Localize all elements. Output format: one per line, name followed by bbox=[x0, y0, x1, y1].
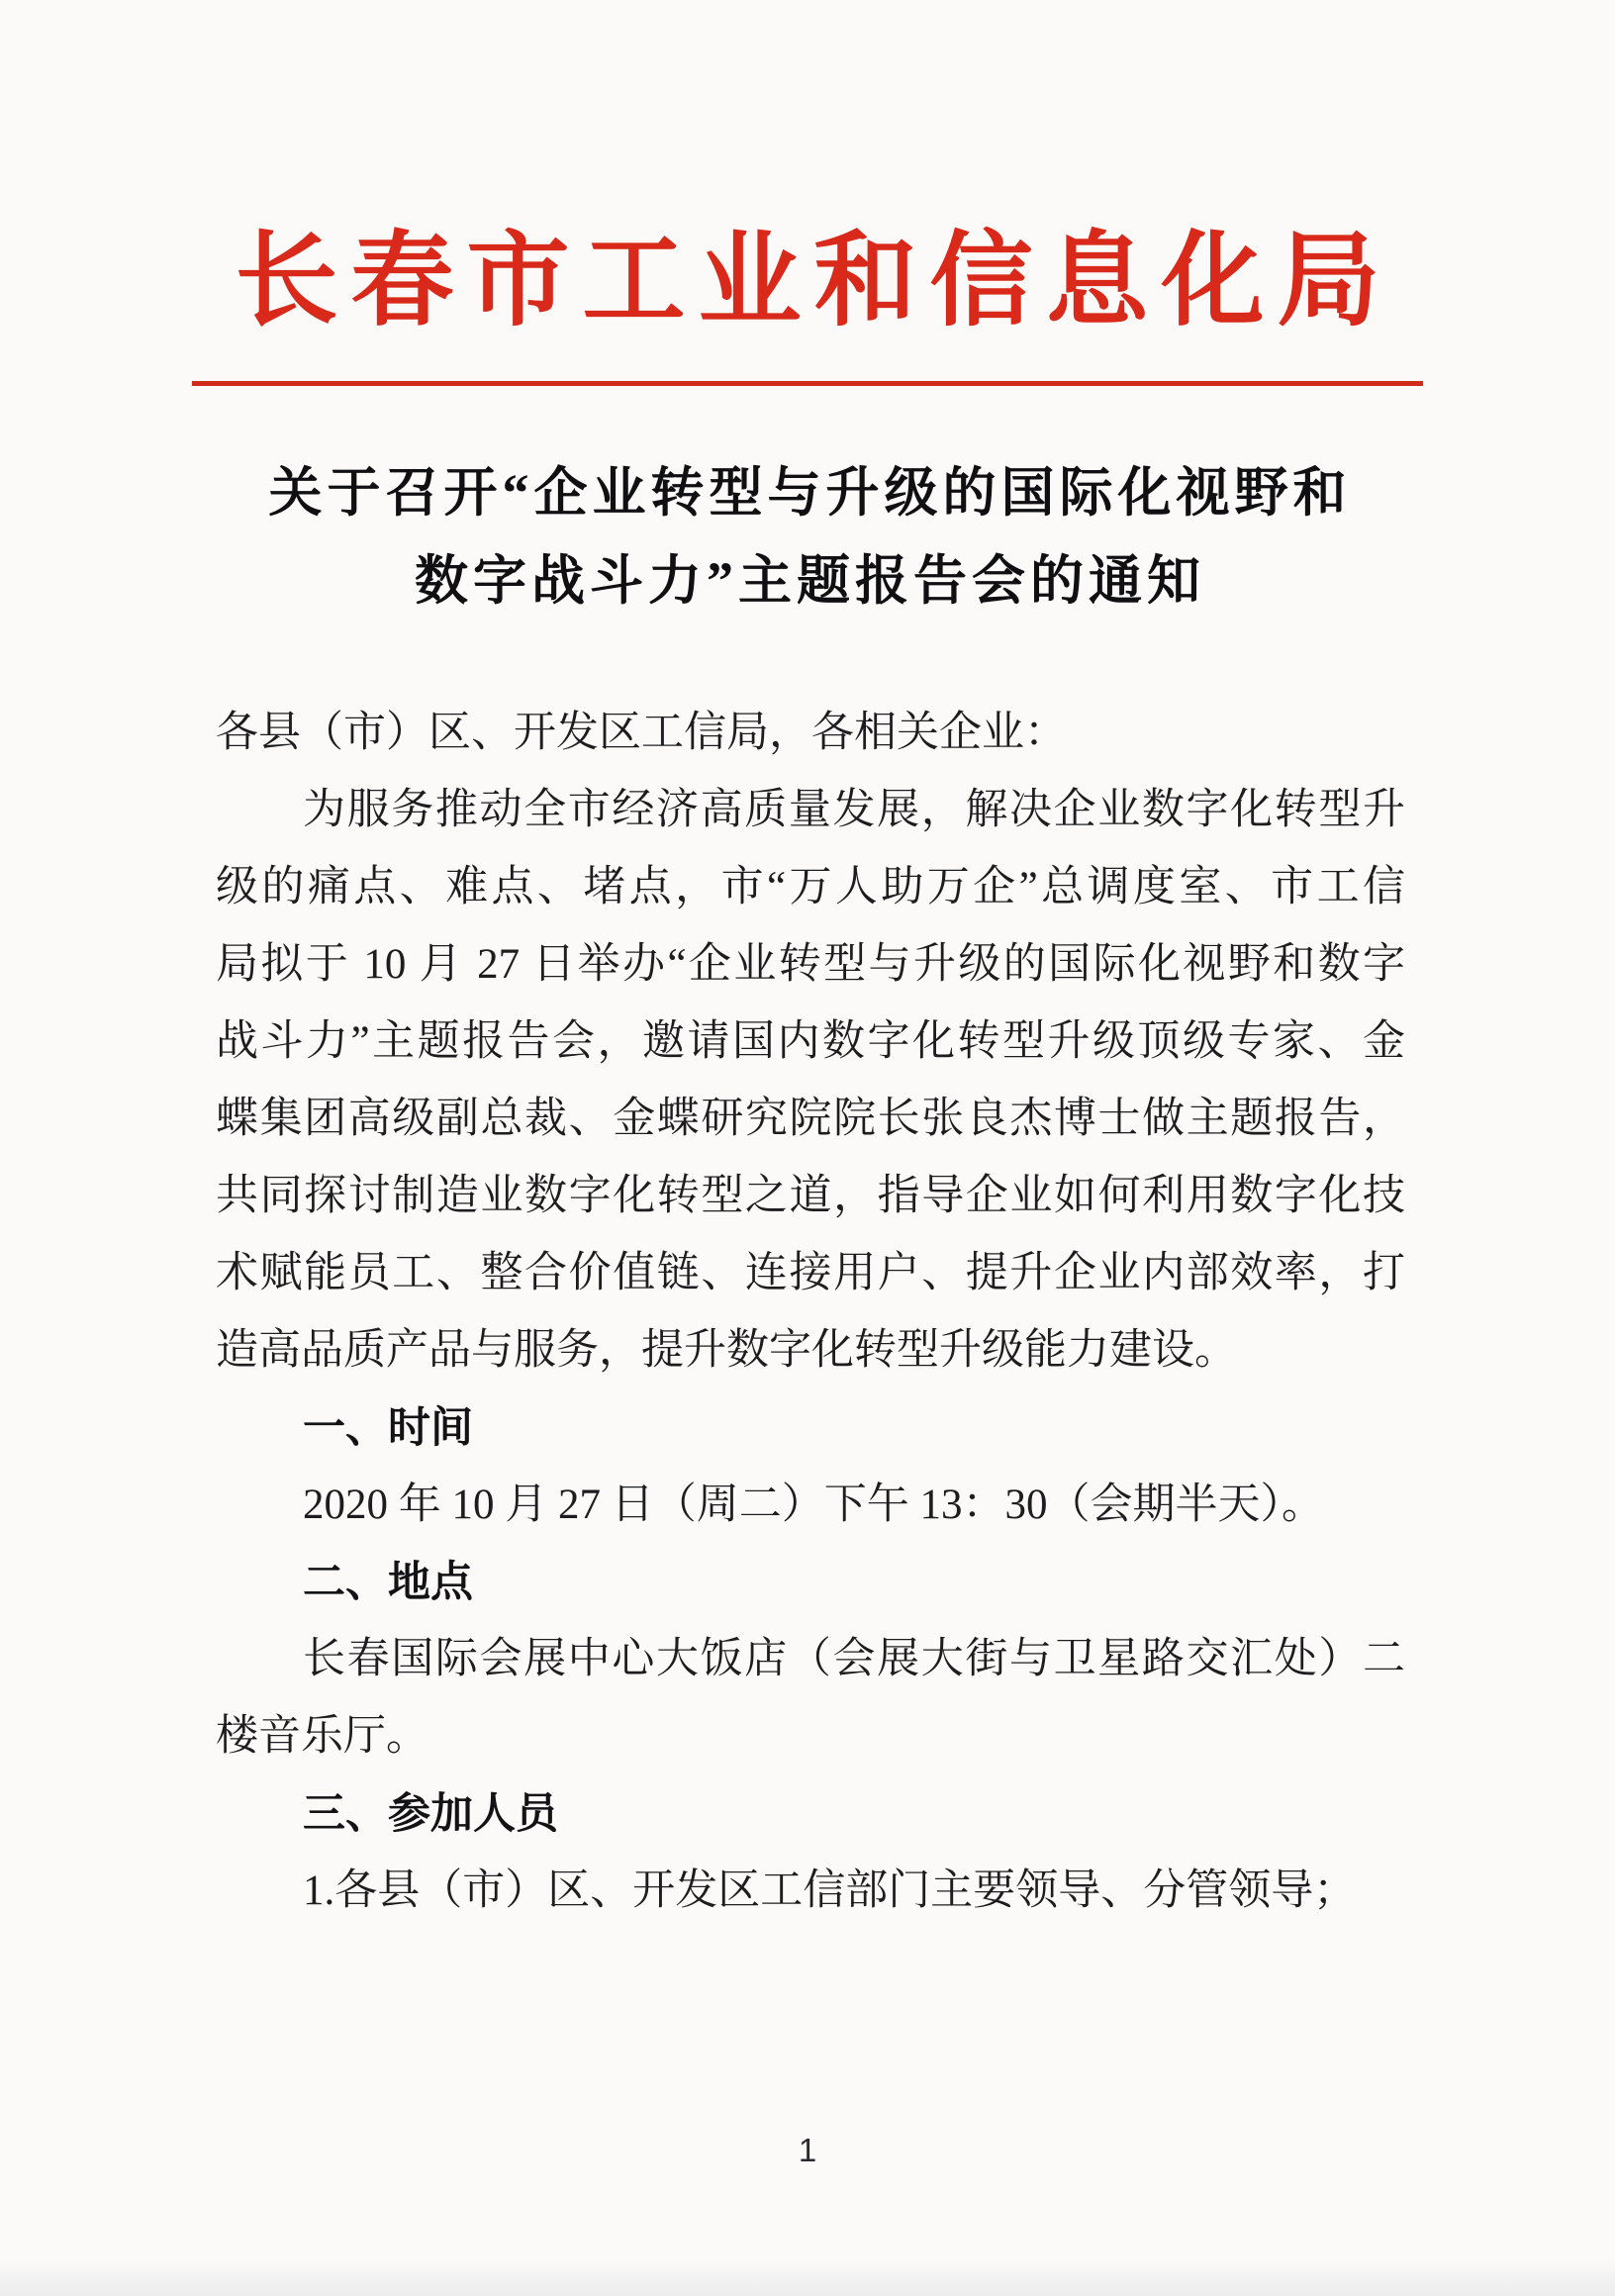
salutation-line: 各县（市）区、开发区工信局，各相关企业： bbox=[216, 695, 1405, 772]
red-divider-line bbox=[192, 381, 1423, 386]
scanned-document-page: 长春市工业和信息化局 关于召开“企业转型与升级的国际化视野和 数字战斗力”主题报… bbox=[0, 0, 1615, 2296]
document-body: 各县（市）区、开发区工信局，各相关企业： 为服务推动全市经济高质量发展，解决企业… bbox=[0, 695, 1615, 1930]
paragraph-line-4: 战斗力”主题报告会，邀请国内数字化转型升级顶级专家、金 bbox=[216, 1004, 1405, 1081]
paragraph-line-6: 共同探讨制造业数字化转型之道，指导企业如何利用数字化技 bbox=[216, 1158, 1405, 1235]
document-title-line-1: 关于召开“企业转型与升级的国际化视野和 bbox=[5, 449, 1615, 537]
paragraph-line-8: 造高品质产品与服务，提升数字化转型升级能力建设。 bbox=[216, 1312, 1405, 1389]
paragraph-line-2: 级的痛点、难点、堵点，市“万人助万企”总调度室、市工信 bbox=[216, 849, 1405, 926]
document-title-line-2: 数字战斗力”主题报告会的通知 bbox=[5, 537, 1615, 625]
section-location-content-line-2: 楼音乐厅。 bbox=[216, 1698, 1405, 1775]
section-heading-time: 一、时间 bbox=[216, 1389, 1405, 1467]
section-heading-location: 二、地点 bbox=[216, 1544, 1405, 1621]
section-participants-item-1: 1.各县（市）区、开发区工信部门主要领导、分管领导； bbox=[216, 1853, 1405, 1930]
section-heading-participants: 三、参加人员 bbox=[216, 1775, 1405, 1853]
page-number: 1 bbox=[0, 2132, 1615, 2169]
section-time-content: 2020 年 10 月 27 日（周二）下午 13：30（会期半天）。 bbox=[216, 1467, 1405, 1544]
paragraph-line-1: 为服务推动全市经济高质量发展，解决企业数字化转型升 bbox=[216, 772, 1405, 849]
paragraph-line-5: 蝶集团高级副总裁、金蝶研究院院长张良杰博士做主题报告， bbox=[216, 1081, 1405, 1158]
agency-header: 长春市工业和信息化局 bbox=[0, 208, 1615, 356]
section-location-content-line-1: 长春国际会展中心大饭店（会展大街与卫星路交汇处）二 bbox=[216, 1621, 1405, 1698]
paragraph-line-7: 术赋能员工、整合价值链、连接用户、提升企业内部效率，打 bbox=[216, 1235, 1405, 1312]
paragraph-line-3: 局拟于 10 月 27 日举办“企业转型与升级的国际化视野和数字 bbox=[216, 926, 1405, 1004]
document-title: 关于召开“企业转型与升级的国际化视野和 数字战斗力”主题报告会的通知 bbox=[0, 449, 1615, 625]
